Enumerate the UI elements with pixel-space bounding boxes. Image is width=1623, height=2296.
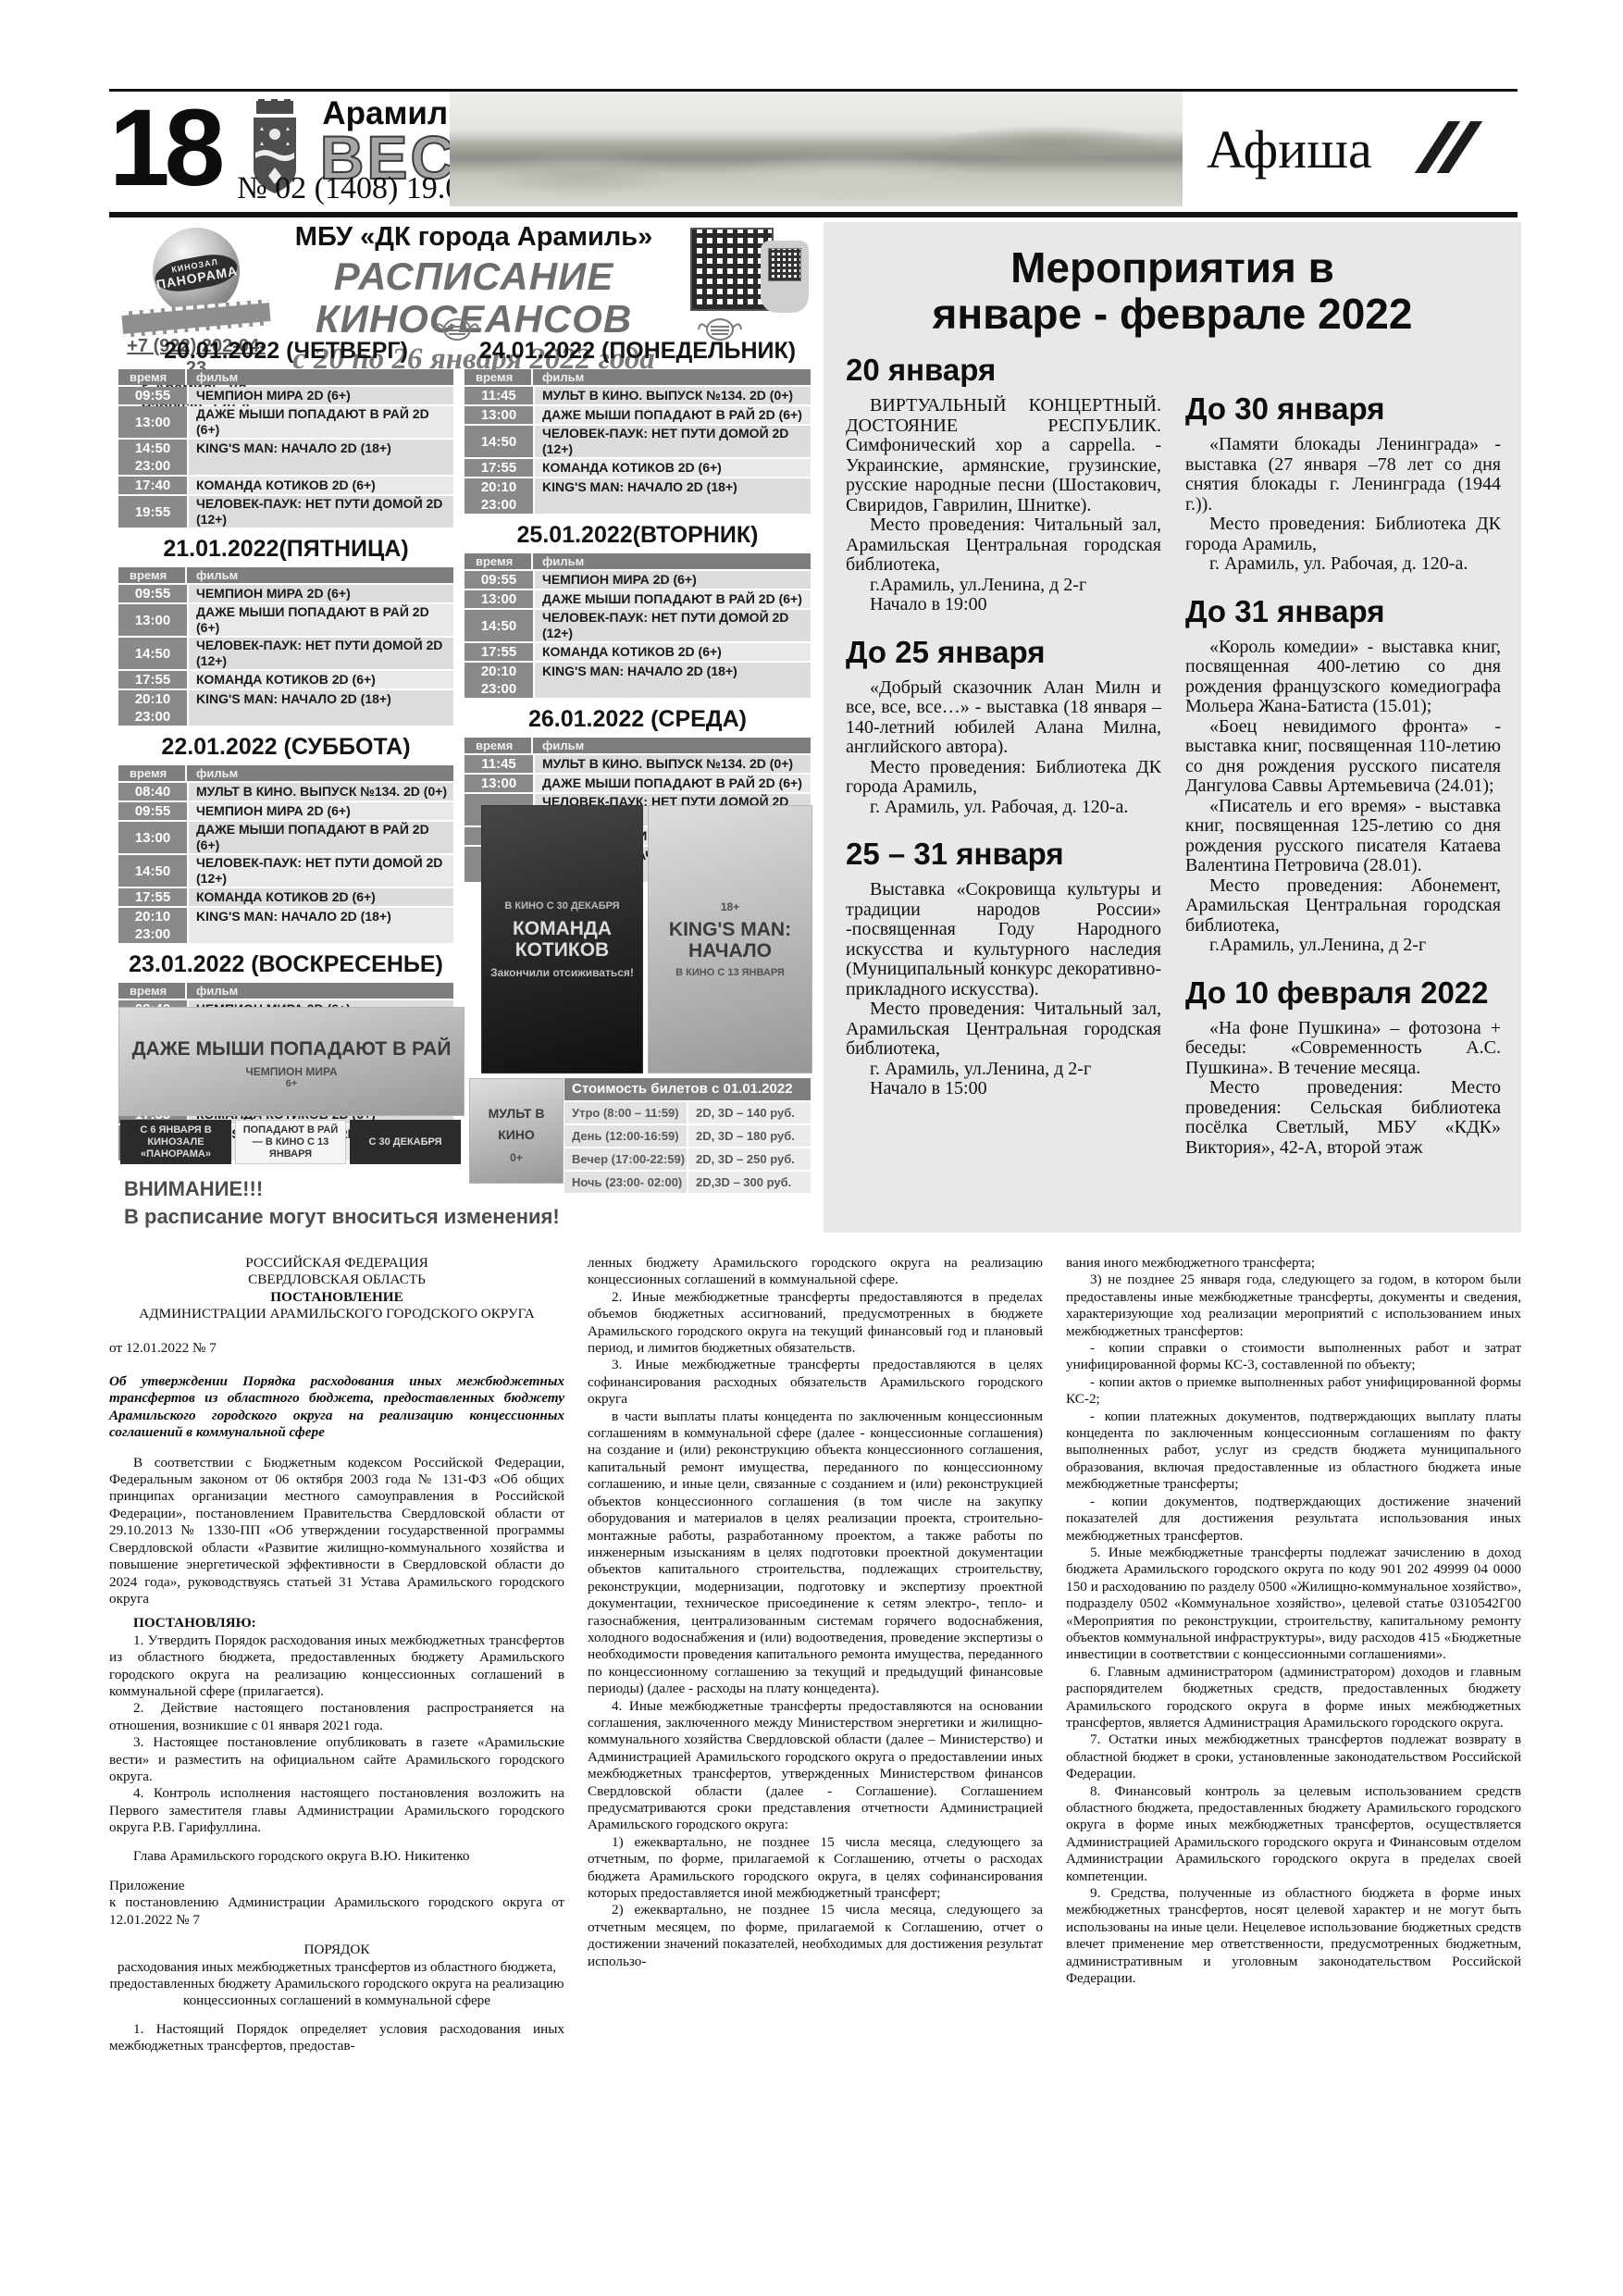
price-value: 2D, 3D – 250 руб. — [688, 1148, 811, 1170]
time-value: 23:00 — [465, 680, 533, 698]
showtime-time: 14:50 — [118, 638, 189, 669]
time-value: 13:00 — [118, 829, 187, 847]
showtime-row: 11:45МУЛЬТ В КИНО. ВЫПУСК №134. 2D (0+) — [465, 387, 811, 404]
doc-paragraph: от 12.01.2022 № 7 — [109, 1340, 564, 1357]
showtime-time: 13:00 — [118, 604, 189, 636]
schedule-header-row: времяфильм — [465, 369, 811, 385]
showtime-row: 11:45МУЛЬТ В КИНО. ВЫПУСК №134. 2D (0+) — [465, 755, 811, 773]
showtime-time: 11:45 — [465, 755, 535, 773]
poster-age-rating: 0+ — [510, 1151, 523, 1164]
showtime-time: 13:00 — [465, 590, 535, 608]
time-value: 17:55 — [118, 671, 187, 689]
doc-paragraph: расходования иных межбюджетных трансферт… — [109, 1959, 564, 2010]
film-column-header: фильм — [187, 983, 453, 999]
movie-poster: МУЛЬТ В КИНО 0+ — [469, 1078, 564, 1184]
doc-paragraph: АДМИНИСТРАЦИИ АРАМИЛЬСКОГО ГОРОДСКОГО ОК… — [109, 1306, 564, 1322]
time-value: 08:40 — [118, 783, 187, 800]
time-value: 14:50 — [465, 433, 533, 451]
showtime-time: 17:40 — [118, 477, 189, 494]
time-value: 20:10 — [118, 908, 187, 925]
time-value: 13:00 — [465, 590, 533, 608]
time-column-header: время — [118, 369, 187, 385]
event-paragraph: Начало в 15:00 — [846, 1079, 1161, 1099]
doc-paragraph: ПОСТАНОВЛЕНИЕ — [109, 1289, 564, 1306]
showtime-film: KING'S MAN: НАЧАЛО 2D (18+) — [189, 690, 453, 726]
event-date-heading: До 31 января — [1185, 595, 1501, 628]
showtime-time: 20:1023:00 — [465, 478, 535, 514]
doc-paragraph: ленных бюджету Арамильского городского о… — [588, 1255, 1043, 1289]
showtime-film: ЧЕЛОВЕК-ПАУК: НЕТ ПУТИ ДОМОЙ 2D (12+) — [535, 426, 811, 457]
ticket-price-table: Стоимость билетов с 01.01.2022 Утро (8:0… — [564, 1078, 811, 1193]
showtime-film: KING'S MAN: НАЧАЛО 2D (18+) — [535, 478, 811, 514]
doc-paragraph: Приложение — [109, 1878, 564, 1894]
time-value: 23:00 — [118, 457, 187, 475]
showtime-film: МУЛЬТ В КИНО. ВЫПУСК №134. 2D (0+) — [189, 783, 453, 800]
showtime-row: 13:00ДАЖЕ МЫШИ ПОПАДАЮТ В РАЙ 2D (6+) — [118, 604, 453, 636]
time-value: 14:50 — [118, 645, 187, 663]
doc-paragraph: вания иного межбюджетного трансферта; — [1066, 1255, 1521, 1272]
schedule-header-row: времяфильм — [118, 567, 453, 583]
phone-in-hand-icon — [761, 241, 809, 313]
doc-paragraph: В соответствии с Бюджетным кодексом Росс… — [109, 1455, 564, 1608]
events-title-line1: Мероприятия в — [824, 244, 1521, 291]
poster-banner: С 30 ДЕКАБРЯ — [350, 1120, 461, 1164]
newspaper-page: 18 Арамильские ВЕСТИ № 02 (1408) 19.01.2… — [0, 0, 1623, 2296]
event-paragraph: «Король комедии» - выставка книг, посвящ… — [1185, 638, 1501, 717]
showtime-film: KING'S MAN: НАЧАЛО 2D (18+) — [189, 440, 453, 475]
price-period: Вечер (17:00-22:59) — [564, 1148, 687, 1170]
price-row: День (12:00-16:59)2D, 3D – 180 руб. — [564, 1125, 811, 1147]
masthead-photo — [450, 92, 1183, 206]
doc-paragraph: ПОСТАНОВЛЯЮ: — [109, 1615, 564, 1632]
day-title: 25.01.2022(ВТОРНИК) — [465, 521, 811, 549]
doc-paragraph: РОССИЙСКАЯ ФЕДЕРАЦИЯ — [109, 1255, 564, 1272]
doc-paragraph: к постановлению Администрации Арамильско… — [109, 1894, 564, 1929]
day-title: 23.01.2022 (ВОСКРЕСЕНЬЕ) — [118, 950, 453, 978]
notice-line1: ВНИМАНИЕ!!! — [124, 1175, 560, 1203]
showtime-film: ЧЕЛОВЕК-ПАУК: НЕТ ПУТИ ДОМОЙ 2D (12+) — [535, 610, 811, 641]
film-column-header: фильм — [187, 765, 453, 781]
events-title: Мероприятия в январе - феврале 2022 — [824, 222, 1521, 337]
doc-paragraph: 4. Иные межбюджетные трансферты предоста… — [588, 1698, 1043, 1834]
doc-paragraph: - копии актов о приемке выполненных рабо… — [1066, 1374, 1521, 1409]
poster-age-rating: 18+ — [721, 900, 739, 913]
showtime-film: КОМАНДА КОТИКОВ 2D (6+) — [535, 459, 811, 477]
event-paragraph: «Добрый сказочник Алан Милн и все, все, … — [846, 678, 1161, 758]
doc-paragraph: 1) ежеквартально, не позднее 15 числа ме… — [588, 1834, 1043, 1903]
showtime-film: ДАЖЕ МЫШИ ПОПАДАЮТ В РАЙ 2D (6+) — [189, 822, 453, 853]
time-value: 09:55 — [118, 387, 187, 404]
event-paragraph: Выставка «Сокровища культуры и традиции … — [846, 880, 1161, 999]
doc-paragraph: 2) ежеквартально, не позднее 15 числа ме… — [588, 1902, 1043, 1970]
showtime-row: 09:55ЧЕМПИОН МИРА 2D (6+) — [118, 585, 453, 602]
time-value: 09:55 — [118, 802, 187, 820]
showtime-film: ЧЕМПИОН МИРА 2D (6+) — [535, 571, 811, 589]
time-value: 17:40 — [118, 477, 187, 494]
poster-tagline: Закончили отсиживаться! — [490, 966, 634, 979]
showtime-row: 08:40МУЛЬТ В КИНО. ВЫПУСК №134. 2D (0+) — [118, 783, 453, 800]
doc-paragraph: 3. Настоящее постановление опубликовать … — [109, 1734, 564, 1785]
showtime-row: 20:1023:00KING'S MAN: НАЧАЛО 2D (18+) — [118, 690, 453, 726]
events-title-line2: январе - феврале 2022 — [824, 291, 1521, 337]
poster-title: КОМАНДА КОТИКОВ — [488, 918, 637, 961]
price-value: 2D,3D – 300 руб. — [688, 1172, 811, 1193]
price-period: Ночь (23:00- 02:00) — [564, 1172, 687, 1193]
event-paragraph: Начало в 19:00 — [846, 595, 1161, 615]
time-value: 09:55 — [465, 571, 533, 589]
event-paragraph: Место проведения: Абонемент, Арамильская… — [1185, 876, 1501, 937]
showtime-row: 14:50ЧЕЛОВЕК-ПАУК: НЕТ ПУТИ ДОМОЙ 2D (12… — [465, 426, 811, 457]
notice-line2: В расписание могут вноситься изменения! — [124, 1203, 560, 1231]
time-column-header: время — [465, 369, 533, 385]
schedule-header-row: времяфильм — [465, 553, 811, 569]
showtime-film: МУЛЬТ В КИНО. ВЫПУСК №134. 2D (0+) — [535, 755, 811, 773]
doc-paragraph: - копии платежных документов, подтвержда… — [1066, 1409, 1521, 1494]
events-col-0: 20 январяВИРТУАЛЬНЫЙ КОНЦЕРТНЫЙ. ДОСТОЯН… — [846, 346, 1161, 1158]
film-column-header: фильм — [533, 369, 811, 385]
showtime-row: 17:55КОМАНДА КОТИКОВ 2D (6+) — [118, 888, 453, 906]
rubric-title: Афиша — [1207, 123, 1372, 177]
showtime-time: 09:55 — [118, 802, 189, 820]
price-period: Утро (8:00 – 11:59) — [564, 1102, 687, 1123]
day-block: 20.01.2022 (ЧЕТВЕРГ)времяфильм09:55ЧЕМПИ… — [118, 337, 453, 527]
doc-paragraph: 1. Утвердить Порядок расходования иных м… — [109, 1632, 564, 1701]
schedule-notice: ВНИМАНИЕ!!! В расписание могут вноситься… — [124, 1175, 560, 1231]
doc-paragraph: 6. Главным администратором (администрато… — [1066, 1664, 1521, 1732]
showtime-row: 13:00ДАЖЕ МЫШИ ПОПАДАЮТ В РАЙ 2D (6+) — [465, 590, 811, 608]
schedule-col-right: 24.01.2022 (ПОНЕДЕЛЬНИК)времяфильм11:45М… — [465, 329, 811, 884]
showtime-film: KING'S MAN: НАЧАЛО 2D (18+) — [189, 908, 453, 943]
doc-paragraph: 7. Остатки иных межбюджетных трансфертов… — [1066, 1731, 1521, 1782]
schedule-header-row: времяфильм — [118, 765, 453, 781]
event-paragraph: г.Арамиль, ул.Ленина, д 2-г — [1185, 936, 1501, 956]
showtime-row: 17:40КОМАНДА КОТИКОВ 2D (6+) — [118, 477, 453, 494]
poster-banner: С 6 ЯНВАРЯ В КИНОЗАЛЕ «ПАНОРАМА» — [120, 1120, 231, 1164]
event-date-heading: До 30 января — [1185, 392, 1501, 426]
showtime-time: 17:55 — [118, 671, 189, 689]
time-value: 13:00 — [465, 406, 533, 424]
doc-paragraph: 4. Контроль исполнения настоящего постан… — [109, 1785, 564, 1836]
page-number: 18 — [109, 93, 219, 203]
showtime-row: 09:55ЧЕМПИОН МИРА 2D (6+) — [465, 571, 811, 589]
showtime-time: 17:55 — [118, 888, 189, 906]
price-table-rows: Утро (8:00 – 11:59)2D, 3D – 140 руб.День… — [564, 1102, 811, 1193]
price-row: Ночь (23:00- 02:00)2D,3D – 300 руб. — [564, 1172, 811, 1193]
showtime-row: 09:55ЧЕМПИОН МИРА 2D (6+) — [118, 802, 453, 820]
showtime-row: 14:50ЧЕЛОВЕК-ПАУК: НЕТ ПУТИ ДОМОЙ 2D (12… — [118, 638, 453, 669]
movie-poster: 18+ KING'S MAN: НАЧАЛО В КИНО С 13 ЯНВАР… — [648, 805, 812, 1074]
day-title: 24.01.2022 (ПОНЕДЕЛЬНИК) — [465, 337, 811, 365]
doc-paragraph: 8. Финансовый контроль за целевым исполь… — [1066, 1783, 1521, 1885]
day-title: 26.01.2022 (СРЕДА) — [465, 705, 811, 733]
organization-name: МБУ «ДК города Арамиль» — [257, 222, 690, 252]
showtime-time: 20:1023:00 — [118, 690, 189, 726]
event-paragraph: Место проведения: Читальный зал, Арамиль… — [846, 999, 1161, 1060]
time-value: 23:00 — [118, 925, 187, 943]
showtime-film: ЧЕМПИОН МИРА 2D (6+) — [189, 585, 453, 602]
doc-paragraph: - копии документов, подтверждающих дости… — [1066, 1494, 1521, 1545]
event-paragraph: Место проведения: Место проведения: Сель… — [1185, 1078, 1501, 1158]
cinema-section: КИНОЗАЛ ПАНОРАМА +7 (922) 202-04-23 г. А… — [118, 222, 811, 1236]
event-date-heading: До 25 января — [846, 636, 1161, 669]
events-col-1: До 30 января«Памяти блокады Ленинграда» … — [1185, 346, 1501, 1158]
masthead: 18 Арамильские ВЕСТИ № 02 (1408) 19.01.2… — [109, 89, 1518, 217]
showtime-time: 14:50 — [465, 426, 535, 457]
event-date-heading: До 10 февраля 2022 — [1185, 976, 1501, 1010]
time-column-header: время — [118, 567, 187, 583]
showtime-time: 17:55 — [465, 643, 535, 661]
doc-paragraph: 9. Средства, полученные из областного бю… — [1066, 1885, 1521, 1987]
showtime-row: 20:1023:00KING'S MAN: НАЧАЛО 2D (18+) — [465, 478, 811, 514]
schedule-header-row: времяфильм — [465, 738, 811, 753]
day-block: 24.01.2022 (ПОНЕДЕЛЬНИК)времяфильм11:45М… — [465, 337, 811, 514]
poster-banner: ПОПАДАЮТ В РАЙ — В КИНО С 13 ЯНВАРЯ — [235, 1120, 346, 1164]
event-paragraph: ВИРТУАЛЬНЫЙ КОНЦЕРТНЫЙ. ДОСТОЯНИЕ РЕСПУБ… — [846, 396, 1161, 515]
price-value: 2D, 3D – 180 руб. — [688, 1125, 811, 1147]
doc-paragraph: 3. Иные межбюджетные трансферты предоста… — [588, 1357, 1043, 1408]
doc-col-1: ленных бюджету Арамильского городского о… — [588, 1255, 1043, 2055]
time-value: 14:50 — [465, 617, 533, 635]
showtime-film: ДАЖЕ МЫШИ ПОПАДАЮТ В РАЙ 2D (6+) — [535, 775, 811, 792]
event-paragraph: Место проведения: Читальный зал, Арамиль… — [846, 515, 1161, 576]
doc-paragraph: Об утверждении Порядка расходования иных… — [109, 1373, 564, 1442]
showtime-time: 13:00 — [118, 406, 189, 438]
showtime-film: КОМАНДА КОТИКОВ 2D (6+) — [189, 477, 453, 494]
showtime-film: МУЛЬТ В КИНО. ВЫПУСК №134. 2D (0+) — [535, 387, 811, 404]
day-block: 21.01.2022(ПЯТНИЦА)времяфильм09:55ЧЕМПИО… — [118, 535, 453, 726]
showtime-film: ЧЕМПИОН МИРА 2D (6+) — [189, 387, 453, 404]
film-column-header: фильм — [187, 369, 453, 385]
event-paragraph: «Памяти блокады Ленинграда» - выставка (… — [1185, 435, 1501, 515]
showtime-film: ДАЖЕ МЫШИ ПОПАДАЮТ В РАЙ 2D (6+) — [535, 406, 811, 424]
poster-age-rating: 6+ — [286, 1078, 298, 1090]
film-column-header: фильм — [187, 567, 453, 583]
time-value: 20:10 — [465, 663, 533, 680]
event-paragraph: «Писатель и его время» - выставка книг, … — [1185, 797, 1501, 876]
showtime-time: 14:5023:00 — [118, 440, 189, 475]
doc-col-2: вания иного межбюджетного трансферта;3) … — [1066, 1255, 1521, 2055]
events-panel: Мероприятия в январе - феврале 2022 20 я… — [824, 222, 1521, 1233]
time-value: 20:10 — [118, 690, 187, 708]
price-table-title: Стоимость билетов с 01.01.2022 — [564, 1078, 811, 1100]
showtime-row: 20:1023:00KING'S MAN: НАЧАЛО 2D (18+) — [118, 908, 453, 943]
time-value: 17:55 — [465, 459, 533, 477]
movie-poster-collage: ДАЖЕ МЫШИ ПОПАДАЮТ В РАЙ ЧЕМПИОН МИРА 6+ — [118, 1007, 465, 1116]
time-value: 14:50 — [118, 440, 187, 457]
event-paragraph: Место проведения: Библиотека ДК города А… — [846, 758, 1161, 798]
day-title: 22.01.2022 (СУББОТА) — [118, 733, 453, 761]
showtime-film: ЧЕЛОВЕК-ПАУК: НЕТ ПУТИ ДОМОЙ 2D (12+) — [189, 638, 453, 669]
poster-release-date: В КИНО С 30 ДЕКАБРЯ — [504, 900, 619, 912]
time-value: 23:00 — [465, 496, 533, 514]
showtime-row: 14:50ЧЕЛОВЕК-ПАУК: НЕТ ПУТИ ДОМОЙ 2D (12… — [465, 610, 811, 641]
showtime-time: 13:00 — [465, 775, 535, 792]
time-value: 11:45 — [465, 387, 533, 404]
showtime-time: 20:1023:00 — [465, 663, 535, 698]
poster-release-date: В КИНО С 13 ЯНВАРЯ — [675, 967, 785, 979]
showtime-row: 17:55КОМАНДА КОТИКОВ 2D (6+) — [465, 459, 811, 477]
showtime-film: KING'S MAN: НАЧАЛО 2D (18+) — [535, 663, 811, 698]
time-column-header: время — [465, 738, 533, 753]
showtime-time: 17:55 — [465, 459, 535, 477]
schedule-header-row: времяфильм — [118, 369, 453, 385]
showtime-time: 08:40 — [118, 783, 189, 800]
event-paragraph: г.Арамиль, ул.Ленина, д 2-г — [846, 576, 1161, 596]
doc-paragraph: в части выплаты платы концедента по закл… — [588, 1409, 1043, 1698]
schedule-header-row: времяфильм — [118, 983, 453, 999]
doc-paragraph: Глава Арамильского городского округа В.Ю… — [109, 1848, 564, 1865]
film-column-header: фильм — [533, 738, 811, 753]
showtime-film: ДАЖЕ МЫШИ ПОПАДАЮТ В РАЙ 2D (6+) — [189, 406, 453, 438]
price-value: 2D, 3D – 140 руб. — [688, 1102, 811, 1123]
event-paragraph: Место проведения: Библиотека ДК города А… — [1185, 515, 1501, 554]
event-paragraph: г. Арамиль, ул. Рабочая, д. 120-а. — [846, 798, 1161, 818]
event-paragraph: г. Арамиль, ул.Ленина, д 2-г — [846, 1060, 1161, 1080]
showtime-row: 13:00ДАЖЕ МЫШИ ПОПАДАЮТ В РАЙ 2D (6+) — [465, 775, 811, 792]
time-value: 23:00 — [118, 708, 187, 726]
showtime-film: ДАЖЕ МЫШИ ПОПАДАЮТ В РАЙ 2D (6+) — [189, 604, 453, 636]
showtime-time: 14:50 — [465, 610, 535, 641]
qr-code — [690, 228, 811, 326]
event-paragraph: г. Арамиль, ул. Рабочая, д. 120-а. — [1185, 554, 1501, 575]
showtime-time: 13:00 — [118, 822, 189, 853]
price-row: Утро (8:00 – 11:59)2D, 3D – 140 руб. — [564, 1102, 811, 1123]
day-block: 25.01.2022(ВТОРНИК)времяфильм09:55ЧЕМПИО… — [465, 521, 811, 698]
time-value: 13:00 — [118, 414, 187, 431]
event-date-heading: 20 января — [846, 354, 1161, 387]
showtime-film: ЧЕЛОВЕК-ПАУК: НЕТ ПУТИ ДОМОЙ 2D (12+) — [189, 496, 453, 527]
showtime-time: 14:50 — [118, 855, 189, 887]
time-column-header: время — [465, 553, 533, 569]
price-period: День (12:00-16:59) — [564, 1125, 687, 1147]
rubric-slashes-icon — [1421, 121, 1466, 178]
panorama-globe-icon: КИНОЗАЛ ПАНОРАМА — [153, 228, 240, 315]
price-row: Вечер (17:00-22:59)2D, 3D – 250 руб. — [564, 1148, 811, 1170]
film-column-header: фильм — [533, 553, 811, 569]
time-value: 13:00 — [118, 612, 187, 629]
showtime-row: 13:00ДАЖЕ МЫШИ ПОПАДАЮТ В РАЙ 2D (6+) — [118, 822, 453, 853]
time-value: 17:55 — [118, 888, 187, 906]
time-value: 11:45 — [465, 755, 533, 773]
showtime-row: 09:55ЧЕМПИОН МИРА 2D (6+) — [118, 387, 453, 404]
time-value: 19:55 — [118, 503, 187, 521]
doc-paragraph: 3) не позднее 25 января года, следующего… — [1066, 1272, 1521, 1340]
showtime-film: ЧЕЛОВЕК-ПАУК: НЕТ ПУТИ ДОМОЙ 2D (12+) — [189, 855, 453, 887]
showtime-time: 13:00 — [465, 406, 535, 424]
event-paragraph: «На фоне Пушкина» – фотозона + беседы: «… — [1185, 1019, 1501, 1079]
poster-title: МУЛЬТ В КИНО — [476, 1103, 557, 1146]
poster-tagline: ЧЕМПИОН МИРА — [245, 1065, 337, 1078]
showtime-film: КОМАНДА КОТИКОВ 2D (6+) — [189, 888, 453, 906]
showtime-row: 17:55КОМАНДА КОТИКОВ 2D (6+) — [465, 643, 811, 661]
day-block: 22.01.2022 (СУББОТА)времяфильм08:40МУЛЬТ… — [118, 733, 453, 943]
doc-paragraph: 2. Действие настоящего постановления рас… — [109, 1700, 564, 1734]
doc-paragraph: 5. Иные межбюджетные трансферты подлежат… — [1066, 1545, 1521, 1664]
movie-poster: В КИНО С 30 ДЕКАБРЯ КОМАНДА КОТИКОВ Зако… — [481, 805, 643, 1074]
showtime-time: 09:55 — [118, 585, 189, 602]
showtime-row: 13:00ДАЖЕ МЫШИ ПОПАДАЮТ В РАЙ 2D (6+) — [465, 406, 811, 424]
day-title: 21.01.2022(ПЯТНИЦА) — [118, 535, 453, 563]
time-value: 14:50 — [118, 863, 187, 880]
showtime-time: 09:55 — [465, 571, 535, 589]
time-value: 17:55 — [465, 643, 533, 661]
day-title: 20.01.2022 (ЧЕТВЕРГ) — [118, 337, 453, 365]
poster-title: ДАЖЕ МЫШИ ПОПАДАЮТ В РАЙ — [132, 1038, 452, 1060]
showtime-film: КОМАНДА КОТИКОВ 2D (6+) — [189, 671, 453, 689]
showtime-time: 09:55 — [118, 387, 189, 404]
doc-paragraph: ПОРЯДОК — [109, 1942, 564, 1958]
showtime-row: 13:00ДАЖЕ МЫШИ ПОПАДАЮТ В РАЙ 2D (6+) — [118, 406, 453, 438]
doc-col-0: РОССИЙСКАЯ ФЕДЕРАЦИЯСВЕРДЛОВСКАЯ ОБЛАСТЬ… — [109, 1255, 564, 2055]
time-value: 20:10 — [465, 478, 533, 496]
showtime-row: 14:50ЧЕЛОВЕК-ПАУК: НЕТ ПУТИ ДОМОЙ 2D (12… — [118, 855, 453, 887]
doc-paragraph: - копии справки о стоимости выполненных … — [1066, 1340, 1521, 1374]
doc-paragraph: СВЕРДЛОВСКАЯ ОБЛАСТЬ — [109, 1272, 564, 1288]
resolution-document: РОССИЙСКАЯ ФЕДЕРАЦИЯСВЕРДЛОВСКАЯ ОБЛАСТЬ… — [109, 1255, 1521, 2055]
showtime-row: 20:1023:00KING'S MAN: НАЧАЛО 2D (18+) — [465, 663, 811, 698]
showtime-row: 14:5023:00KING'S MAN: НАЧАЛО 2D (18+) — [118, 440, 453, 475]
poster-title: KING'S MAN: НАЧАЛО — [654, 919, 806, 962]
showtime-film: ДАЖЕ МЫШИ ПОПАДАЮТ В РАЙ 2D (6+) — [535, 590, 811, 608]
showtime-time: 19:55 — [118, 496, 189, 527]
showtime-film: КОМАНДА КОТИКОВ 2D (6+) — [535, 643, 811, 661]
event-date-heading: 25 – 31 января — [846, 838, 1161, 871]
time-column-header: время — [118, 765, 187, 781]
time-column-header: время — [118, 983, 187, 999]
time-value: 13:00 — [465, 775, 533, 792]
time-value: 09:55 — [118, 585, 187, 602]
showtime-time: 20:1023:00 — [118, 908, 189, 943]
doc-paragraph: 2. Иные межбюджетные трансферты предоста… — [588, 1289, 1043, 1358]
showtime-row: 17:55КОМАНДА КОТИКОВ 2D (6+) — [118, 671, 453, 689]
doc-paragraph: 1. Настоящий Порядок определяет условия … — [109, 2021, 564, 2055]
showtime-film: ЧЕМПИОН МИРА 2D (6+) — [189, 802, 453, 820]
event-paragraph: «Боец невидимого фронта» - выставка книг… — [1185, 717, 1501, 797]
showtime-row: 19:55ЧЕЛОВЕК-ПАУК: НЕТ ПУТИ ДОМОЙ 2D (12… — [118, 496, 453, 527]
showtime-time: 11:45 — [465, 387, 535, 404]
